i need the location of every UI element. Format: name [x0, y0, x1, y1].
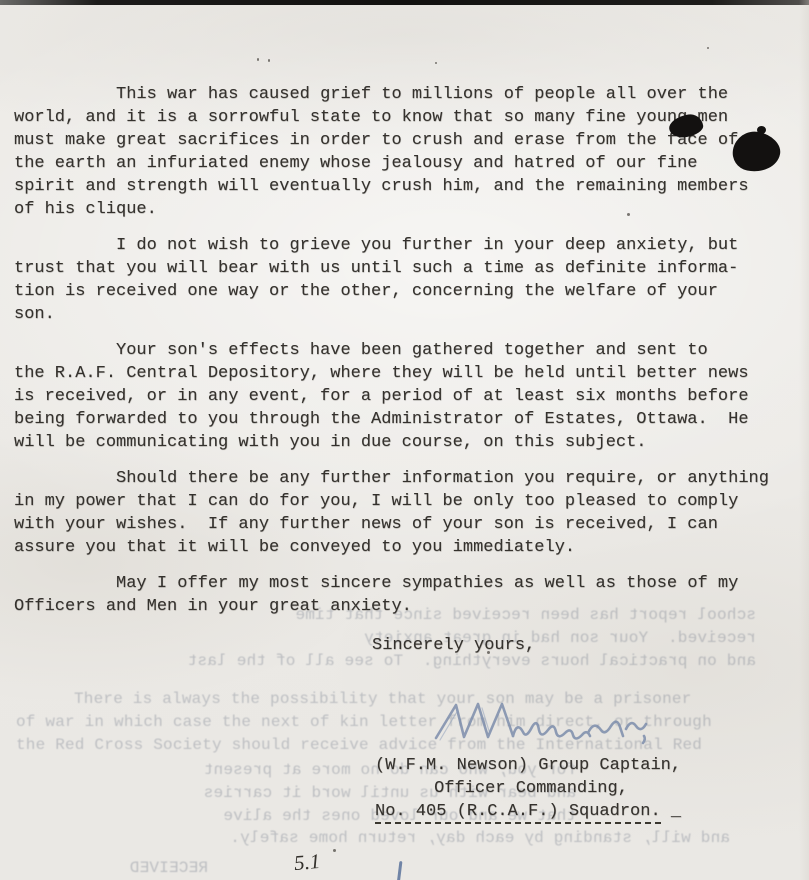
letter-paragraph-4: Should there be any further information … [14, 467, 795, 559]
letter-paragraph-2: I do not wish to grieve you further in y… [14, 234, 795, 326]
blue-ink-mark [397, 861, 403, 880]
paper-speck [707, 47, 709, 49]
closing-salutation: Sincerely yours, [372, 634, 795, 657]
signatory-unit-underscore: _ [661, 802, 681, 821]
paper-speck [333, 849, 336, 852]
letter-paragraph-5: May I offer my most sincere sympathies a… [14, 572, 795, 618]
signature-block: (W.F.M. Newson) Group Captain, Officer C… [375, 754, 687, 823]
scanned-letter-page: school report has been received since th… [0, 0, 809, 880]
paper-speck [268, 59, 270, 62]
signatory-unit-line: No. 405 (R.C.A.F.) Squadron. _ [375, 800, 687, 823]
bleed-through-line: RECEIVED [28, 857, 208, 880]
letter-paragraph-1: This war has caused grief to millions of… [14, 83, 795, 221]
signatory-name-line: (W.F.M. Newson) Group Captain, [375, 754, 687, 777]
signatory-role-line: Officer Commanding, [375, 777, 687, 800]
handwritten-annotation: 5.1 [293, 850, 321, 875]
letter-body: This war has caused grief to millions of… [14, 83, 795, 823]
ink-blot-2-satellite [757, 126, 766, 134]
scan-edge-top [0, 0, 809, 5]
paper-speck [257, 58, 259, 61]
letter-paragraph-3: Your son's effects have been gathered to… [14, 339, 795, 454]
paper-edge-shading [799, 0, 809, 880]
paper-speck [435, 62, 437, 64]
bleed-through-line: and will, standing by each day, return h… [110, 827, 730, 850]
handwritten-signature [430, 696, 660, 752]
signatory-unit-text: No. 405 (R.C.A.F.) Squadron. [375, 802, 661, 824]
